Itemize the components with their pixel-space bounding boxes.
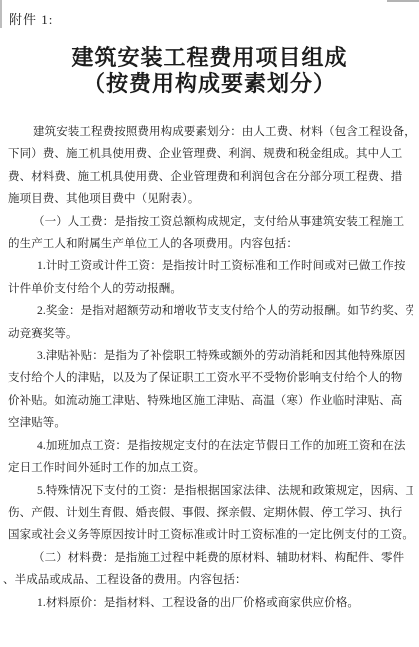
document-page: 附件 1: 建筑安装工程费用项目组成 （按费用构成要素划分） 建筑安装工程费按照… [0,0,419,647]
body-line: 1.材料原价：是指材料、工程设备的出厂价格或商家供应价格。 [8,592,413,614]
body-line: 下同）费、施工机具使用费、企业管理费、利润、规费和税金组成。其中人工 [8,143,413,165]
body-line: 计件单价支付给个人的劳动报酬。 [8,278,413,300]
scan-artifact-left-edge [0,0,2,28]
document-title: 建筑安装工程费用项目组成 （按费用构成要素划分） [0,45,419,97]
body-line: 伤、产假、计划生育假、婚丧假、事假、探亲假、定期休假、停工学习、执行 [8,502,413,524]
body-line: 费、材料费、施工机具使用费、企业管理费和利润包含在分部分项工程费、措 [8,166,413,188]
body-line: 、半成品或成品、工程设备的费用。内容包括： [3,569,413,591]
body-line: 4.加班加点工资：是指按规定支付的在法定节假日工作的加班工资和在法 [8,435,413,457]
body-line: 空津贴等。 [8,412,413,434]
attachment-label: 附件 1: [9,9,53,28]
body-line: 2.奖金：是指对超额劳动和增收节支支付给个人的劳动报酬。如节约奖、劳 [8,300,413,322]
body-line: 价补贴。如流动施工津贴、特殊地区施工津贴、高温（寒）作业临时津贴、高 [8,390,413,412]
body-line: 建筑安装工程费按照费用构成要素划分：由人工费、材料（包含工程设备， [8,121,413,143]
body-line: 动竞赛奖等。 [8,323,413,345]
body-line: 施项目费、其他项目费中（见附表）。 [8,188,413,210]
document-body: 建筑安装工程费按照费用构成要素划分：由人工费、材料（包含工程设备，下同）费、施工… [8,121,413,614]
body-line: （一）人工费：是指按工资总额构成规定，支付给从事建筑安装工程施工 [8,211,413,233]
body-line: 支付给个人的津贴，以及为了保证职工工资水平不受物价影响支付给个人的物 [8,367,413,389]
body-line: （二）材料费：是指施工过程中耗费的原材料、辅助材料、构配件、零件 [8,547,413,569]
title-line-2: （按费用构成要素划分） [0,71,419,97]
body-line: 的生产工人和附属生产单位工人的各项费用。内容包括： [8,233,413,255]
title-line-1: 建筑安装工程费用项目组成 [0,45,419,71]
body-line: 3.津贴补贴：是指为了补偿职工特殊或额外的劳动消耗和因其他特殊原因 [8,345,413,367]
body-line: 定日工作时间外延时工作的加点工资。 [8,457,413,479]
body-line: 5.特殊情况下支付的工资：是指根据国家法律、法规和政策规定，因病、工 [8,480,413,502]
body-line: 1.计时工资或计件工资：是指按计时工资标准和工作时间或对已做工作按 [8,255,413,277]
scan-artifact-top-right [387,0,419,2]
body-line: 国家或社会义务等原因按计时工资标准或计时工资标准的一定比例支付的工资。 [8,524,413,546]
